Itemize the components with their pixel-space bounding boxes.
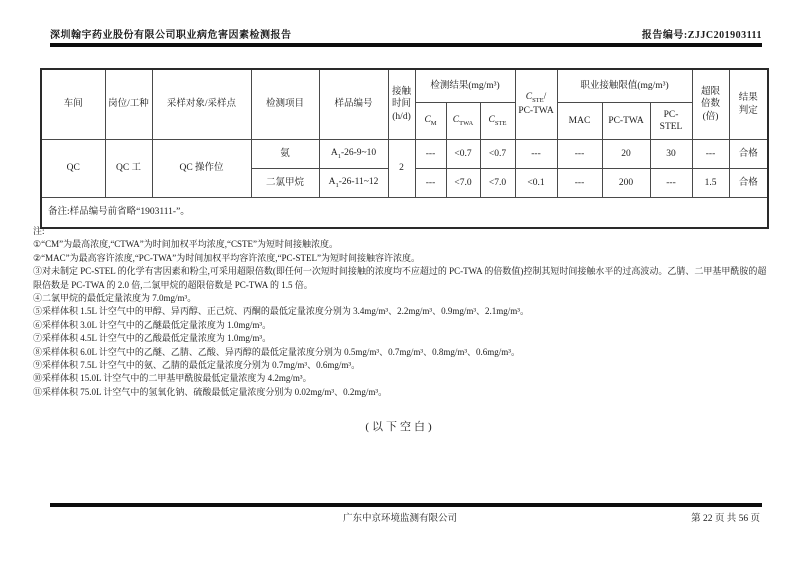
cell-cste: <7.0 <box>480 169 515 198</box>
page-header: 深圳翰宇药业股份有限公司职业病危害因素检测报告 报告编号:ZJJC2019031… <box>50 26 762 41</box>
cell-cm: --- <box>415 140 446 169</box>
note-item-10: ⑩采样体积 15.0L 计空气中的二甲基甲酰胺最低定量浓度为 4.2mg/m³。 <box>33 372 772 385</box>
cell-exposure-time: 2 <box>388 140 415 198</box>
th-workshop: 车间 <box>41 69 105 140</box>
th-test-item: 检测项目 <box>251 69 319 140</box>
note-item-6: ⑥采样体积 3.0L 计空气中的乙醚最低定量浓度为 1.0mg/m³。 <box>33 319 772 332</box>
note-item-5: ⑤采样体积 1.5L 计空气中的甲醇、异丙醇、正己烷、丙酮的最低定量浓度分别为 … <box>33 305 772 318</box>
sample-no-prefix: A <box>331 148 338 158</box>
th-cm-subscript: M <box>431 120 437 127</box>
table-row-ammonia: QC QC 工 QC 操作位 氨 A1-26-9~10 2 --- <0.7 <… <box>41 140 768 169</box>
header-rule <box>50 43 762 47</box>
notes-label: 注: <box>33 225 772 238</box>
report-number: 报告编号:ZJJC201903111 <box>642 26 762 41</box>
th-ratio-line2: PC-TWA <box>518 105 555 117</box>
cell-test-item: 氨 <box>251 140 319 169</box>
cell-ctwa: <0.7 <box>446 140 480 169</box>
cell-verdict: 合格 <box>729 169 768 198</box>
cell-pc-stel: --- <box>650 169 692 198</box>
cell-workshop: QC <box>41 140 105 198</box>
cell-ratio: <0.1 <box>515 169 557 198</box>
table-header-row-group: 车间 岗位/工种 采样对象/采样点 检测项目 样品编号 接触 时间 (h/d) … <box>41 69 768 103</box>
th-pc-twa: PC-TWA <box>602 103 650 140</box>
cell-mac: --- <box>557 169 602 198</box>
cell-pc-twa: 200 <box>602 169 650 198</box>
note-item-3: ③对未制定 PC-STEL 的化学有害因素和粉尘,可采用超限倍数(即任何一次短时… <box>33 265 772 292</box>
th-exposure-time: 接触 时间 (h/d) <box>388 69 415 140</box>
cell-test-item: 二氯甲烷 <box>251 169 319 198</box>
remark-cell: 备注:样品编号前省略“1903111-”。 <box>41 198 768 229</box>
th-sample-no: 样品编号 <box>319 69 388 140</box>
th-verdict: 结果 判定 <box>729 69 768 140</box>
cell-pc-stel: 30 <box>650 140 692 169</box>
th-limit-group: 职业接触限值(mg/m³) <box>557 69 692 103</box>
th-position: 岗位/工种 <box>105 69 152 140</box>
note-item-7: ⑦采样体积 4.5L 计空气中的乙酸最低定量浓度为 1.0mg/m³。 <box>33 332 772 345</box>
results-table: 车间 岗位/工种 采样对象/采样点 检测项目 样品编号 接触 时间 (h/d) … <box>40 68 769 229</box>
cell-ratio: --- <box>515 140 557 169</box>
th-cste: CSTE <box>480 103 515 140</box>
th-cm: CM <box>415 103 446 140</box>
th-test-result-group: 检测结果(mg/m³) <box>415 69 515 103</box>
note-item-4: ④二氯甲烷的最低定量浓度为 7.0mg/m³。 <box>33 292 772 305</box>
th-cste-subscript: STE <box>495 120 507 127</box>
report-title: 深圳翰宇药业股份有限公司职业病危害因素检测报告 <box>50 26 292 41</box>
th-mac: MAC <box>557 103 602 140</box>
th-ctwa: CTWA <box>446 103 480 140</box>
cell-over-limit: 1.5 <box>692 169 729 198</box>
cell-sample-no: A1-26-9~10 <box>319 140 388 169</box>
th-ratio-slash: / <box>544 92 547 102</box>
cell-ctwa: <7.0 <box>446 169 480 198</box>
cell-mac: --- <box>557 140 602 169</box>
notes-section: 注: ①“CM”为最高浓度,“CTWA”为时间加权平均浓度,“CSTE”为短时间… <box>33 225 772 399</box>
cell-cm: --- <box>415 169 446 198</box>
th-ctwa-subscript: TWA <box>459 120 473 127</box>
sample-no-prefix: A <box>329 177 336 187</box>
note-item-1: ①“CM”为最高浓度,“CTWA”为时间加权平均浓度,“CSTE”为短时间接触浓… <box>33 238 772 251</box>
report-page: 深圳翰宇药业股份有限公司职业病危害因素检测报告 报告编号:ZJJC2019031… <box>0 0 800 566</box>
note-item-11: ⑪采样体积 75.0L 计空气中的氢氧化钠、硫酸最低定量浓度分别为 0.02mg… <box>33 386 772 399</box>
results-table-wrapper: 车间 岗位/工种 采样对象/采样点 检测项目 样品编号 接触 时间 (h/d) … <box>40 68 769 229</box>
th-sampling-point: 采样对象/采样点 <box>152 69 251 140</box>
th-over-limit: 超限 倍数 (倍) <box>692 69 729 140</box>
cell-sample-no: A1-26-11~12 <box>319 169 388 198</box>
footer-page-number: 第 22 页 共 56 页 <box>691 510 760 524</box>
footer-company: 广东中京环境监测有限公司 <box>0 510 800 524</box>
footer-rule <box>50 503 762 507</box>
note-item-2: ②“MAC”为最高容许浓度,“PC-TWA”为时间加权平均容许浓度,“PC-ST… <box>33 252 772 265</box>
cell-pc-twa: 20 <box>602 140 650 169</box>
th-ratio: CSTE/ PC-TWA <box>515 69 557 140</box>
cell-position: QC 工 <box>105 140 152 198</box>
sample-no-suffix: -26-9~10 <box>341 148 376 158</box>
note-item-9: ⑨采样体积 7.5L 计空气中的氨、乙腈的最低定量浓度分别为 0.7mg/m³、… <box>33 359 772 372</box>
sample-no-suffix: -26-11~12 <box>339 177 379 187</box>
blank-below-note: (以下空白) <box>0 418 800 434</box>
cell-sampling-point: QC 操作位 <box>152 140 251 198</box>
cell-over-limit: --- <box>692 140 729 169</box>
th-pc-stel: PC-STEL <box>650 103 692 140</box>
cell-cste: <0.7 <box>480 140 515 169</box>
table-remark-row: 备注:样品编号前省略“1903111-”。 <box>41 198 768 229</box>
th-ratio-line1: CSTE/ <box>526 92 547 102</box>
cell-verdict: 合格 <box>729 140 768 169</box>
note-item-8: ⑧采样体积 6.0L 计空气中的乙醚、乙腈、乙酸、异丙醇的最低定量浓度分别为 0… <box>33 346 772 359</box>
th-ratio-subscript: STE <box>532 97 544 104</box>
